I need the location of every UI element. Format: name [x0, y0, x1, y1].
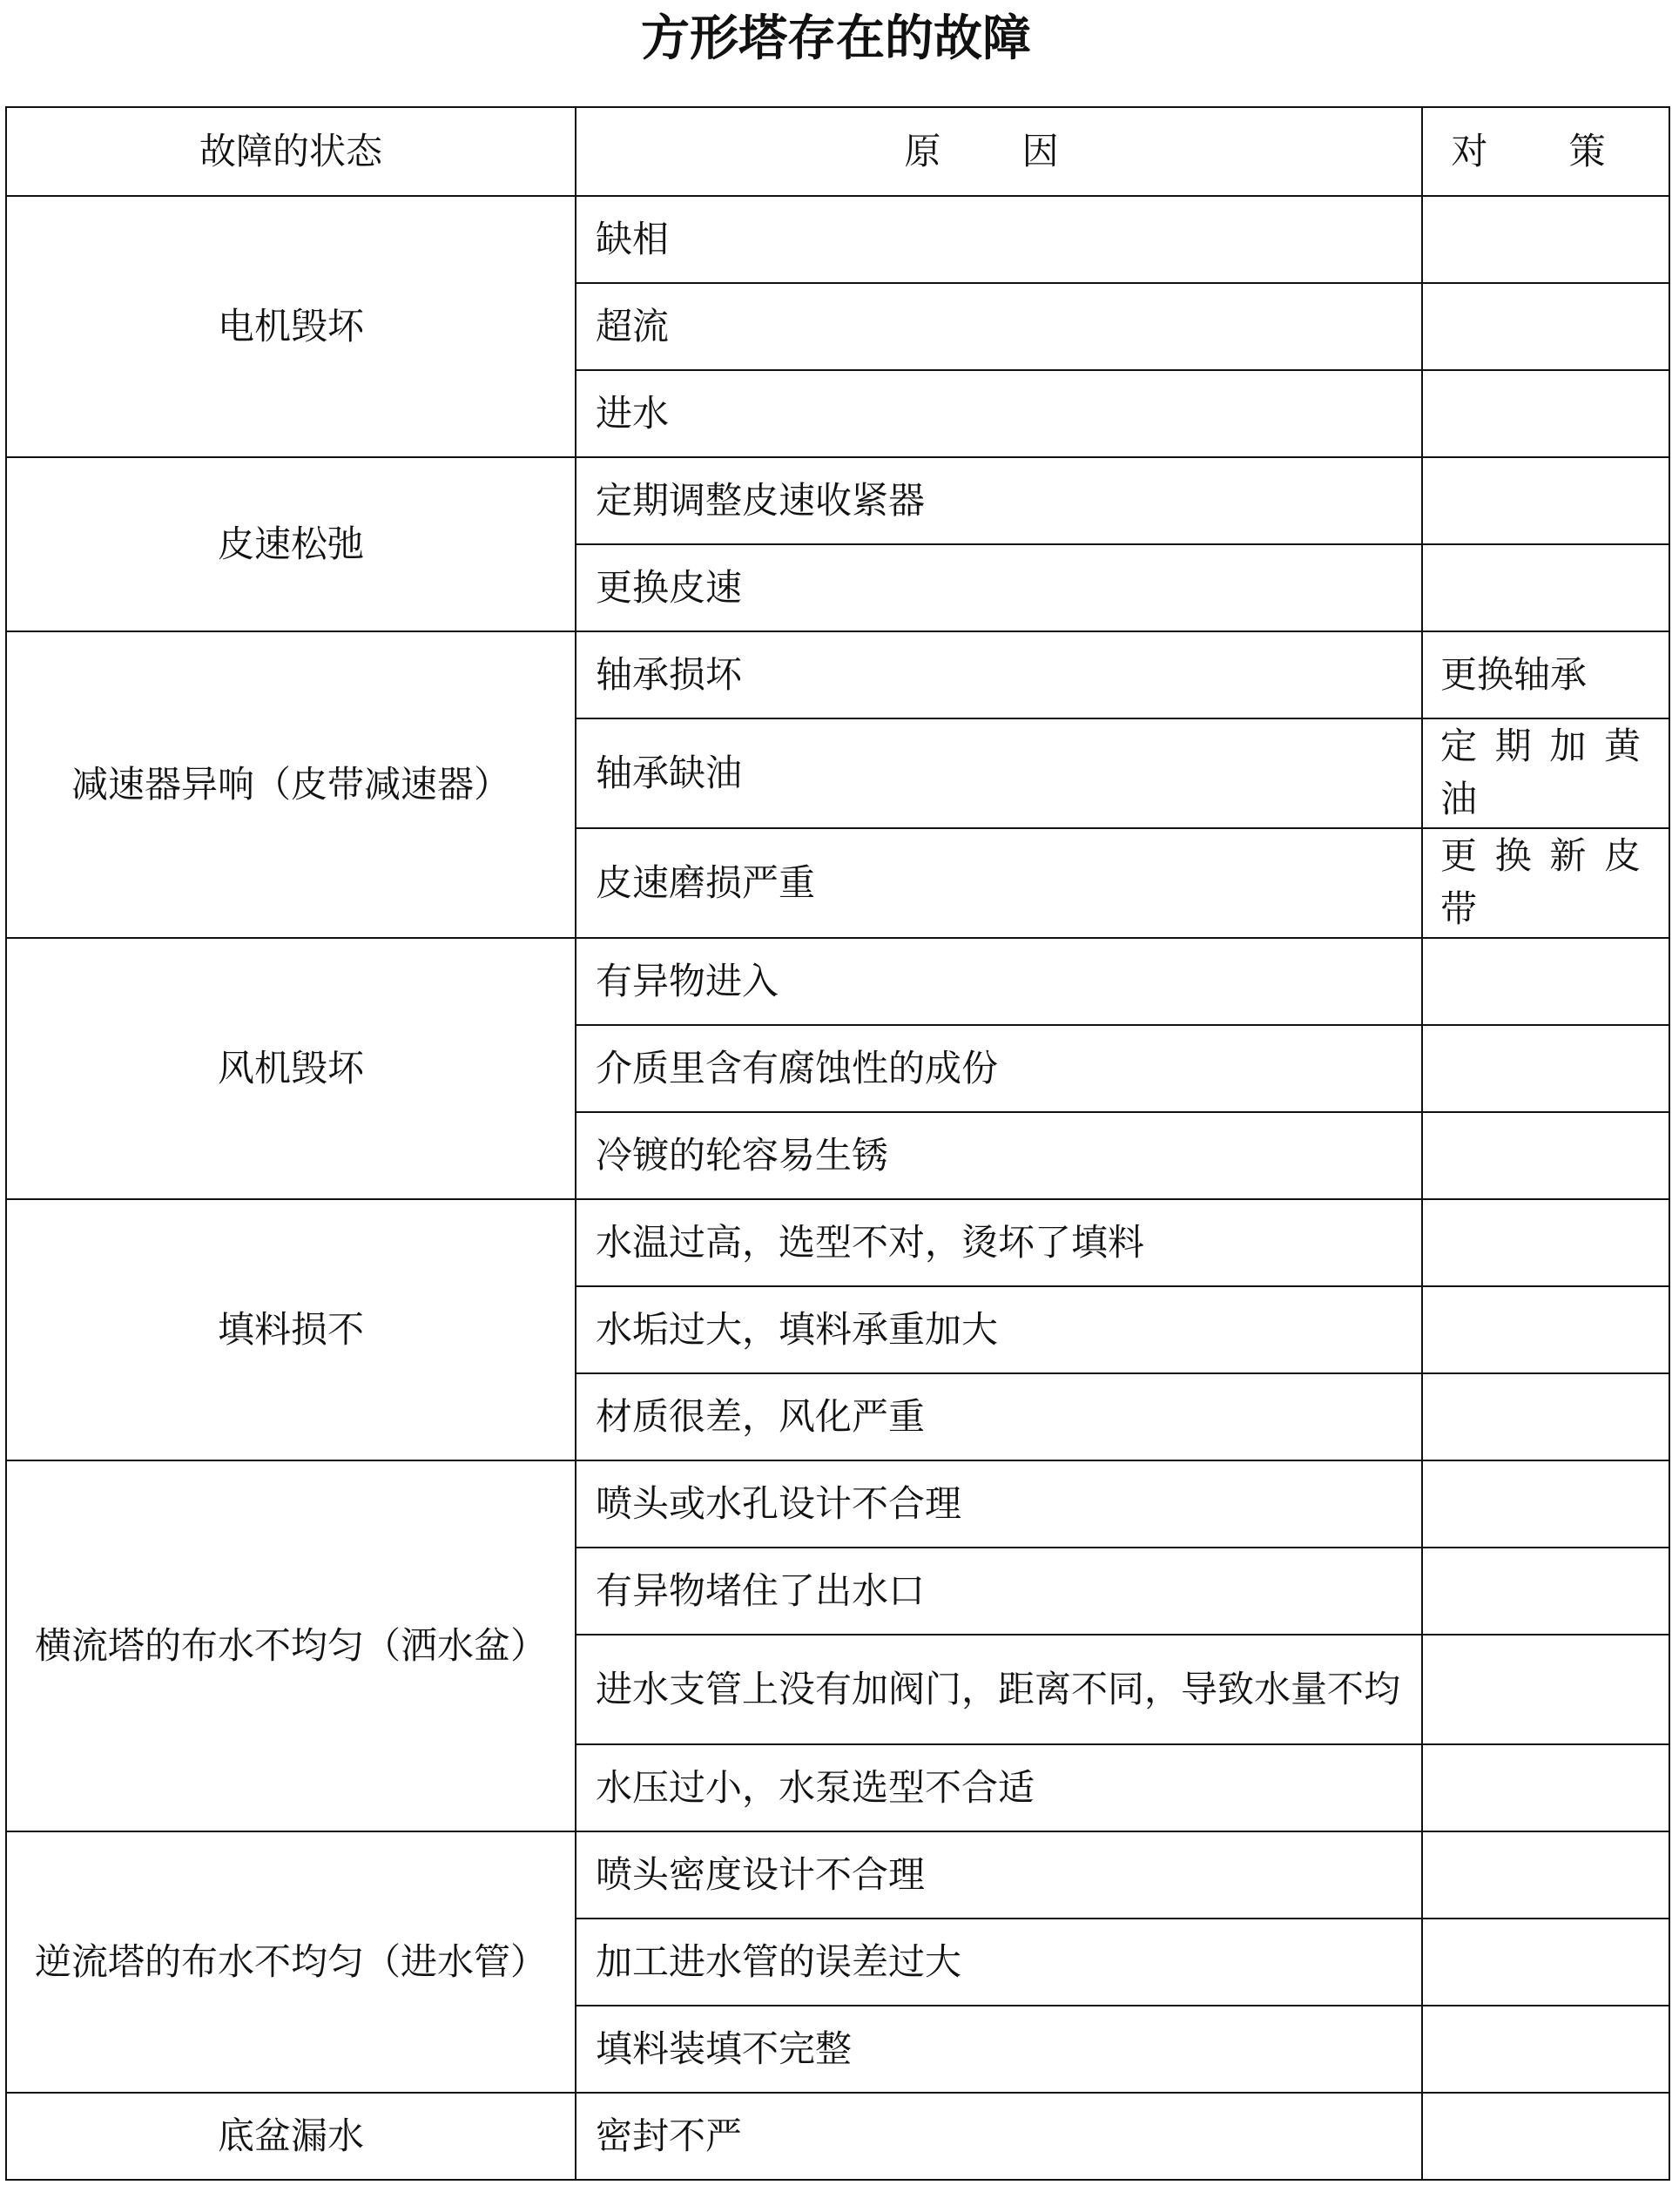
header-fault-state: 故障的状态 — [6, 107, 576, 196]
measure-cell — [1422, 1635, 1669, 1744]
fault-state-cell: 电机毁坏 — [6, 196, 576, 457]
measure-cell — [1422, 283, 1669, 370]
cause-cell: 填料装填不完整 — [576, 2006, 1422, 2093]
measure-cell: 更换新皮带 — [1422, 828, 1669, 938]
cause-cell: 水压过小，水泵选型不合适 — [576, 1744, 1422, 1831]
measure-cell: 更换轴承 — [1422, 631, 1669, 718]
cause-cell: 进水 — [576, 370, 1422, 457]
cause-cell: 水温过高，选型不对，烫坏了填料 — [576, 1199, 1422, 1286]
measure-cell — [1422, 2006, 1669, 2093]
document-title: 方形塔存在的故障 — [0, 0, 1672, 78]
measure-cell — [1422, 1286, 1669, 1373]
cause-cell: 定期调整皮速收紧器 — [576, 457, 1422, 544]
fault-state-cell: 皮速松弛 — [6, 457, 576, 631]
cause-cell: 轴承缺油 — [576, 718, 1422, 828]
table-row: 逆流塔的布水不均匀（进水管） 喷头密度设计不合理 — [6, 1831, 1669, 1919]
cause-cell: 喷头密度设计不合理 — [576, 1831, 1422, 1919]
measure-cell — [1422, 1919, 1669, 2006]
cause-cell: 介质里含有腐蚀性的成份 — [576, 1025, 1422, 1112]
table-row: 底盆漏水 密封不严 — [6, 2093, 1669, 2180]
table-row: 减速器异响（皮带减速器） 轴承损坏 更换轴承 — [6, 631, 1669, 718]
cause-cell: 更换皮速 — [576, 544, 1422, 631]
header-cause: 原 因 — [576, 107, 1422, 196]
table-row: 风机毁坏 有异物进入 — [6, 938, 1669, 1025]
table-header-row: 故障的状态 原 因 对 策 — [6, 107, 1669, 196]
table-row: 电机毁坏 缺相 — [6, 196, 1669, 283]
table-row: 皮速松弛 定期调整皮速收紧器 — [6, 457, 1669, 544]
measure-cell — [1422, 457, 1669, 544]
cause-cell: 轴承损坏 — [576, 631, 1422, 718]
fault-state-cell: 横流塔的布水不均匀（洒水盆） — [6, 1460, 576, 1831]
measure-cell — [1422, 1548, 1669, 1635]
fault-state-cell: 风机毁坏 — [6, 938, 576, 1199]
measure-cell — [1422, 196, 1669, 283]
measure-cell — [1422, 938, 1669, 1025]
measure-cell — [1422, 1460, 1669, 1548]
measure-cell — [1422, 1112, 1669, 1199]
measure-cell — [1422, 1373, 1669, 1460]
header-measure: 对 策 — [1422, 107, 1669, 196]
measure-cell — [1422, 544, 1669, 631]
fault-table: 故障的状态 原 因 对 策 电机毁坏 缺相 超流 进水 皮速松弛 定期调整皮速收… — [5, 106, 1670, 2181]
measure-cell — [1422, 1744, 1669, 1831]
cause-cell: 有异物进入 — [576, 938, 1422, 1025]
measure-cell — [1422, 2093, 1669, 2180]
measure-cell — [1422, 1199, 1669, 1286]
fault-state-cell: 减速器异响（皮带减速器） — [6, 631, 576, 938]
measure-cell — [1422, 1025, 1669, 1112]
cause-cell: 缺相 — [576, 196, 1422, 283]
cause-cell: 喷头或水孔设计不合理 — [576, 1460, 1422, 1548]
table-row: 横流塔的布水不均匀（洒水盆） 喷头或水孔设计不合理 — [6, 1460, 1669, 1548]
cause-cell: 加工进水管的误差过大 — [576, 1919, 1422, 2006]
measure-cell — [1422, 370, 1669, 457]
measure-cell: 定期加黄油 — [1422, 718, 1669, 828]
cause-cell: 进水支管上没有加阀门，距离不同，导致水量不均 — [576, 1635, 1422, 1744]
fault-state-cell: 填料损不 — [6, 1199, 576, 1460]
cause-cell: 水垢过大，填料承重加大 — [576, 1286, 1422, 1373]
cause-cell: 冷镀的轮容易生锈 — [576, 1112, 1422, 1199]
measure-cell — [1422, 1831, 1669, 1919]
fault-state-cell: 逆流塔的布水不均匀（进水管） — [6, 1831, 576, 2093]
cause-cell: 材质很差，风化严重 — [576, 1373, 1422, 1460]
cause-cell: 超流 — [576, 283, 1422, 370]
cause-cell: 皮速磨损严重 — [576, 828, 1422, 938]
table-row: 填料损不 水温过高，选型不对，烫坏了填料 — [6, 1199, 1669, 1286]
cause-cell: 密封不严 — [576, 2093, 1422, 2180]
cause-cell: 有异物堵住了出水口 — [576, 1548, 1422, 1635]
fault-state-cell: 底盆漏水 — [6, 2093, 576, 2180]
